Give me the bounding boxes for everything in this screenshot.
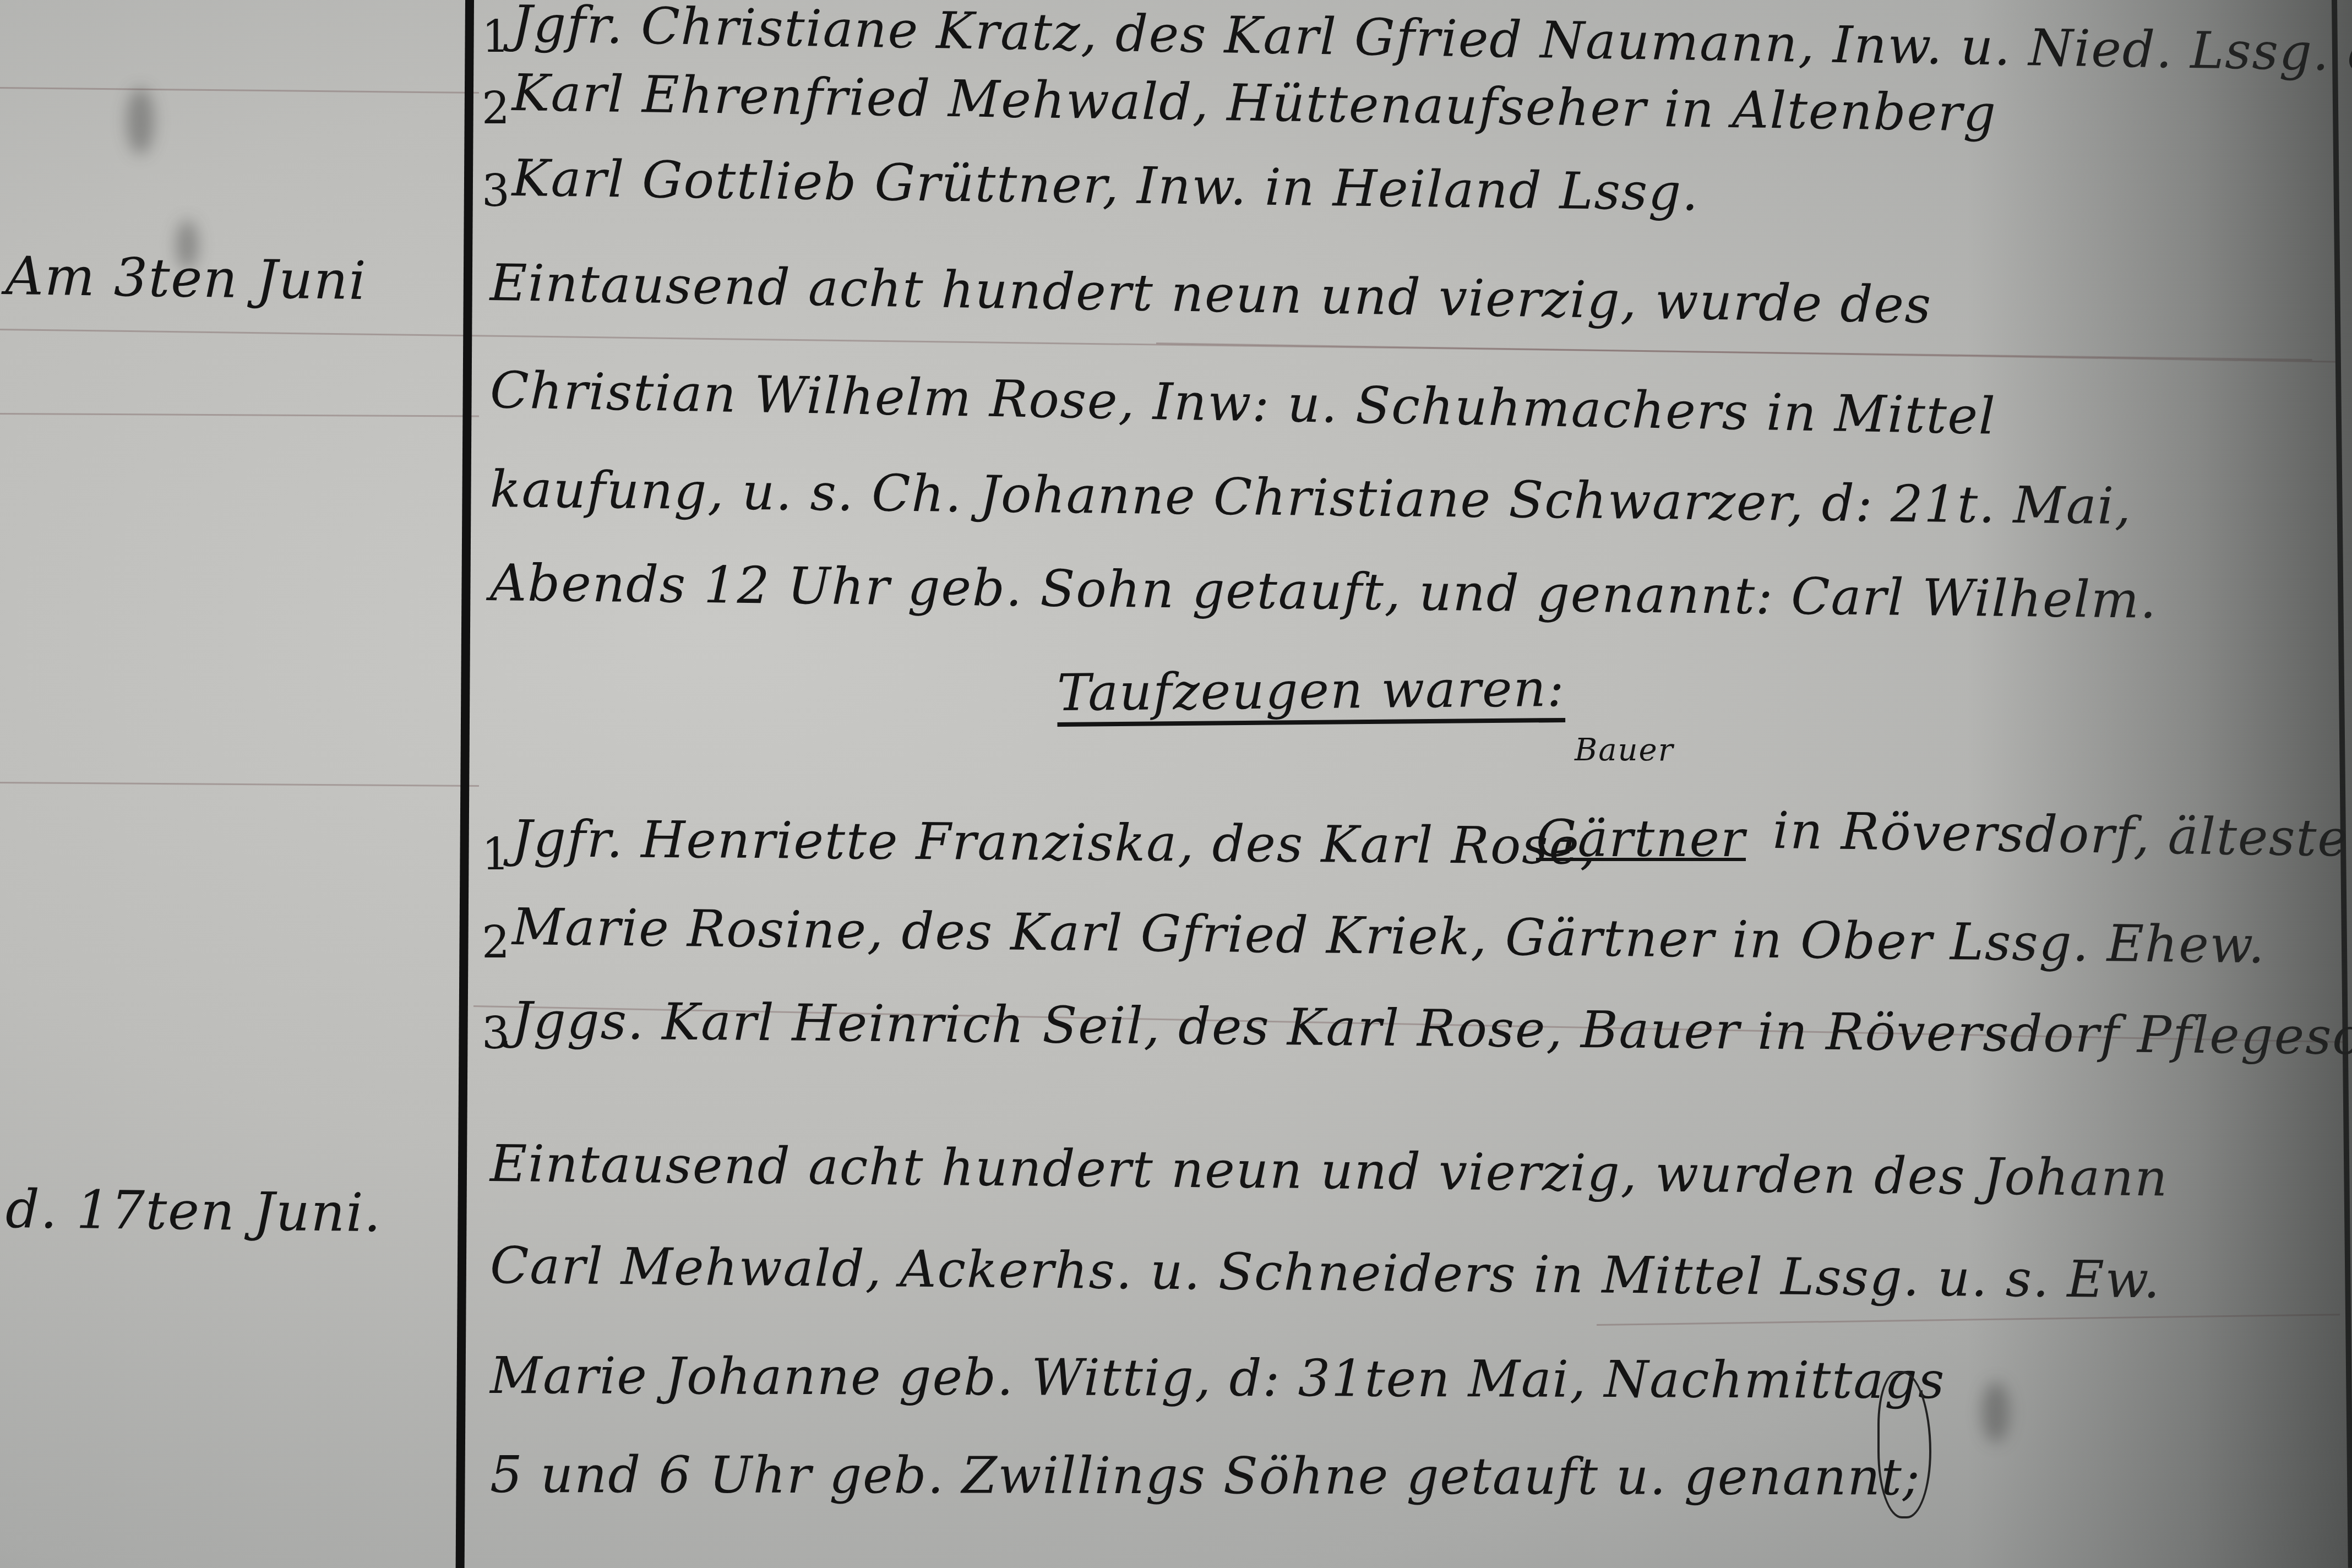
ruled-line — [1597, 1314, 2340, 1326]
entry-line: Marie Johanne geb. Wittig, d: 31ten Mai,… — [490, 1346, 1946, 1410]
godparent-number: 1 — [482, 11, 511, 62]
godparent-number: 3 — [482, 1008, 511, 1059]
ruled-line — [0, 87, 479, 94]
godparents-heading: Taufzeugen waren: — [1057, 659, 1566, 722]
ruled-line — [1156, 342, 2340, 363]
godparent-line-tail: in Röversdorf, älteste T. — [1772, 801, 2352, 869]
struck-word: Gärtner — [1536, 809, 1746, 868]
godparent-number: 1 — [482, 829, 511, 880]
entry-line: Carl Mehwald, Ackerhs. u. Schneiders in … — [490, 1236, 2162, 1309]
godparent-number: 2 — [482, 83, 511, 134]
godparent-line: Jggs. Karl Heinrich Seil, des Karl Rose,… — [512, 991, 2352, 1067]
godparent-line: Karl Gottlieb Grüttner, Inw. in Heiland … — [511, 149, 1700, 222]
ruled-line — [0, 413, 479, 417]
godparent-line: Jgfr. Henriette Franziska, des Karl Rose… — [512, 809, 1598, 876]
entry-line: 5 und 6 Uhr geb. Zwillings Söhne getauft… — [490, 1445, 1921, 1507]
page-right-edge-rule — [2332, 0, 2352, 1568]
godparent-line: Karl Ehrenfried Mehwald, Hüttenaufseher … — [511, 63, 1997, 143]
entry-line: Eintausend acht hundert neun und vierzig… — [490, 1134, 2169, 1208]
insertion-above: Bauer — [1575, 732, 1674, 768]
godparent-line: Marie Rosine, des Karl Gfried Kriek, Gär… — [511, 897, 2266, 974]
entry-line: kaufung, u. s. Ch. Johanne Christiane Sc… — [489, 460, 2132, 536]
ruled-line — [0, 782, 479, 787]
godparent-number: 3 — [482, 165, 511, 216]
entry-date: Am 3ten Juni — [5, 245, 367, 312]
date-column-divider — [456, 0, 474, 1568]
godparent-number: 2 — [482, 917, 511, 968]
stain — [127, 88, 154, 154]
stain — [1982, 1382, 2010, 1442]
entry-date: d. 17ten Juni. — [5, 1178, 382, 1244]
entry-line: Eintausend acht hundert neun und vierzig… — [489, 253, 1932, 335]
entry-line: Christian Wilhelm Rose, Inw: u. Schuhmac… — [489, 361, 1996, 446]
entry-line: Abends 12 Uhr geb. Sohn getauft, und gen… — [489, 553, 2158, 630]
register-page: 1 Jgfr. Christiane Kratz, des Karl Gfrie… — [0, 0, 2352, 1568]
